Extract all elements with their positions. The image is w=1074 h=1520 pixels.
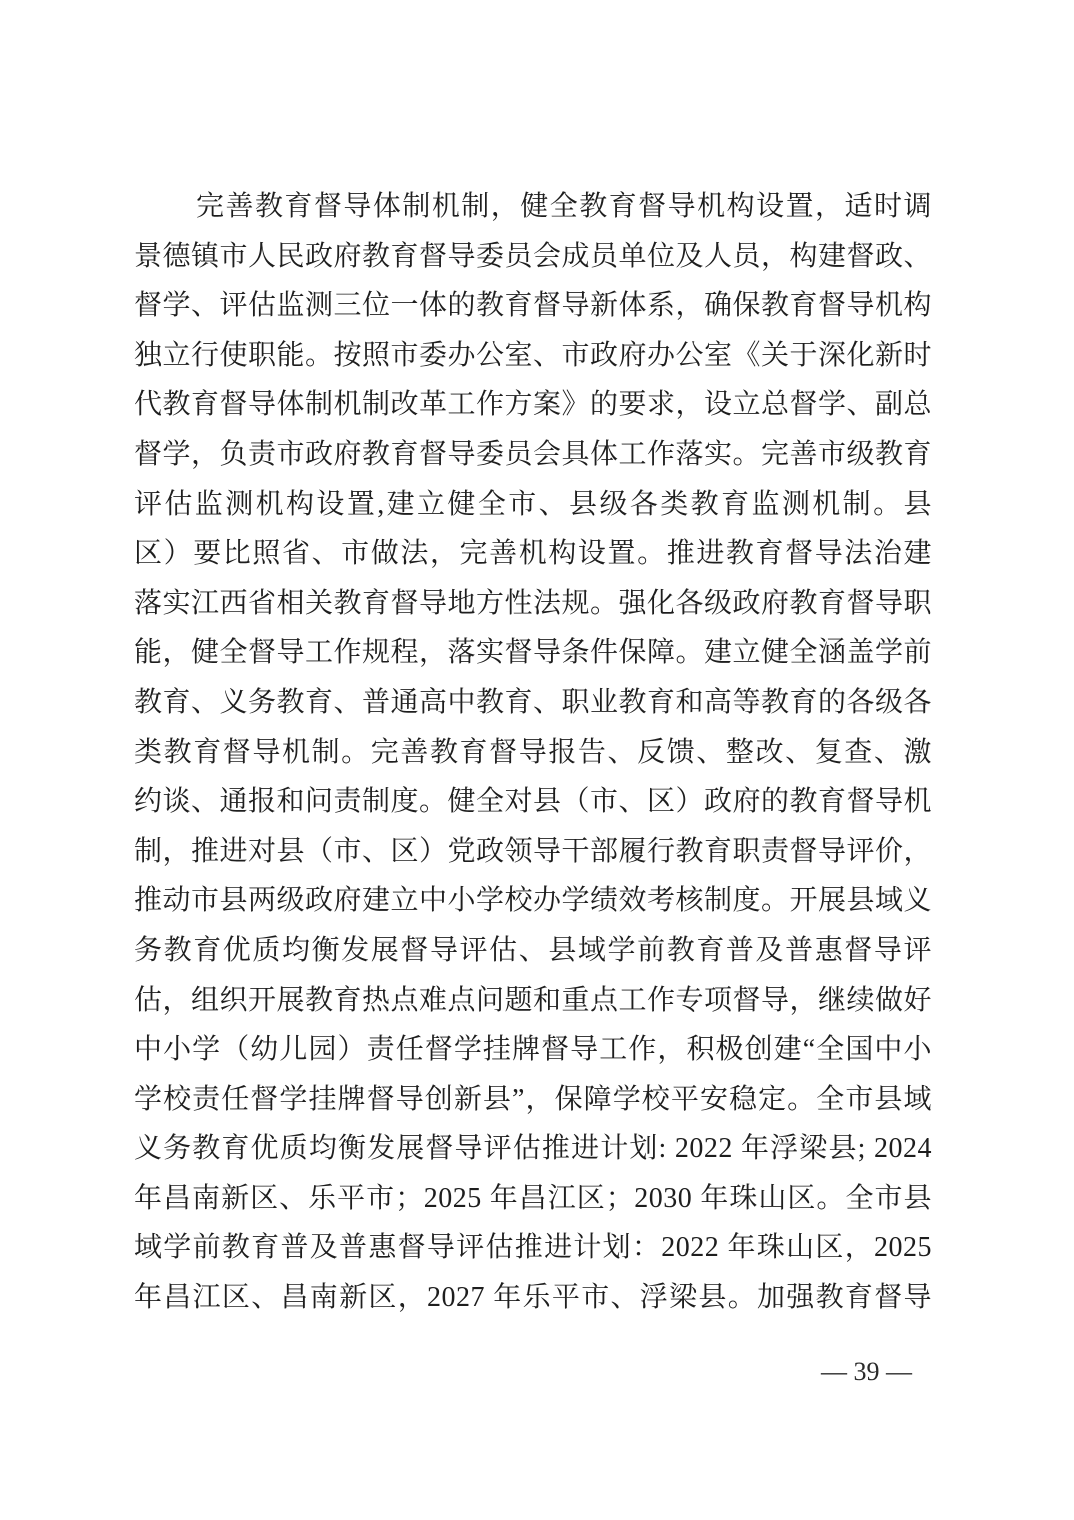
text-line: 年昌南新区、乐平市；2025 年昌江区；2030 年珠山区。全市县 xyxy=(134,1174,932,1224)
text-line: 类教育督导机制。完善教育督导报告、反馈、整改、复查、激励、 xyxy=(134,728,932,778)
page-footer: — 39 — xyxy=(821,1352,912,1392)
text-line: 估，组织开展教育热点难点问题和重点工作专项督导，继续做好 xyxy=(134,976,932,1026)
text-line: 督学、评估监测三位一体的教育督导新体系，确保教育督导机构 xyxy=(134,281,932,331)
page-number: — 39 — xyxy=(821,1357,912,1386)
text-line: 年昌江区、昌南新区，2027 年乐平市、浮梁县。加强教育督导 xyxy=(134,1273,932,1323)
text-line: 推动市县两级政府建立中小学校办学绩效考核制度。开展县域义 xyxy=(134,876,932,926)
text-line: 约谈、通报和问责制度。健全对县（市、区）政府的教育督导机 xyxy=(134,777,932,827)
text-line: 完善教育督导体制机制，健全教育督导机构设置，适时调整 xyxy=(134,182,932,232)
text-line: 中小学（幼儿园）责任督学挂牌督导工作，积极创建“全国中小 xyxy=(134,1025,932,1075)
text-line: 代教育督导体制机制改革工作方案》的要求，设立总督学、副总 xyxy=(134,380,932,430)
text-line: 评估监测机构设置,建立健全市、县级各类教育监测机制。县(市、 xyxy=(134,480,932,530)
text-line: 义务教育优质均衡发展督导评估推进计划: 2022 年浮梁县; 2024 xyxy=(134,1124,932,1174)
text-line: 区）要比照省、市做法，完善机构设置。推进教育督导法治建设， xyxy=(134,529,932,579)
text-line: 学校责任督学挂牌督导创新县”，保障学校平安稳定。全市县域 xyxy=(134,1075,932,1125)
text-line: 督学，负责市政府教育督导委员会具体工作落实。完善市级教育 xyxy=(134,430,932,480)
text-line: 落实江西省相关教育督导地方性法规。强化各级政府教育督导职 xyxy=(134,579,932,629)
text-line: 务教育优质均衡发展督导评估、县域学前教育普及普惠督导评 xyxy=(134,926,932,976)
text-line: 域学前教育普及普惠督导评估推进计划：2022 年珠山区，2025 xyxy=(134,1223,932,1273)
text-line: 能，健全督导工作规程，落实督导条件保障。建立健全涵盖学前 xyxy=(134,628,932,678)
text-line: 教育、义务教育、普通高中教育、职业教育和高等教育的各级各 xyxy=(134,678,932,728)
text-line: 景德镇市人民政府教育督导委员会成员单位及人员，构建督政、 xyxy=(134,232,932,282)
text-line: 独立行使职能。按照市委办公室、市政府办公室《关于深化新时 xyxy=(134,331,932,381)
text-line: 制，推进对县（市、区）党政领导干部履行教育职责督导评价， xyxy=(134,827,932,877)
body-text: 完善教育督导体制机制，健全教育督导机构设置，适时调整景德镇市人民政府教育督导委员… xyxy=(134,182,932,1323)
document-page: 完善教育督导体制机制，健全教育督导机构设置，适时调整景德镇市人民政府教育督导委员… xyxy=(0,0,1074,1520)
